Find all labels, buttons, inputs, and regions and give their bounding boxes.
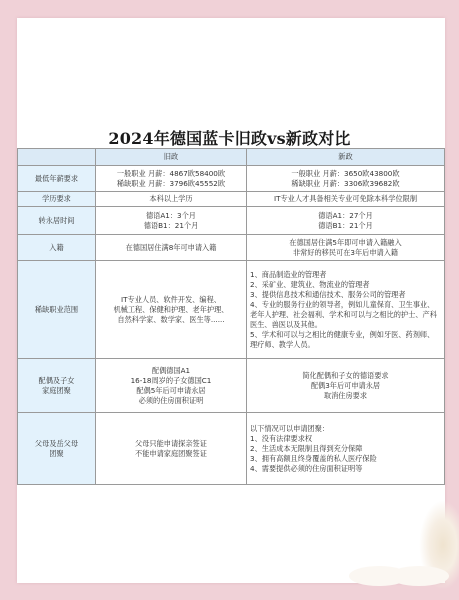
cell-line: 以下情况可以申请团聚： (250, 424, 441, 434)
row-label: 入籍 (18, 235, 96, 261)
label-line: 团聚 (21, 449, 92, 459)
table-row-salary: 最低年薪要求 一般职业 月薪：4867欧58400欧 稀缺职业 月薪：3796欧… (18, 166, 445, 192)
label-line: 配偶及子女 (21, 376, 92, 386)
label-line: 家庭团聚 (21, 386, 92, 396)
old-cell: 父母只能申请探亲签证 不能申请家庭团聚签证 (96, 413, 247, 485)
table-row-permanent-residence: 转永居时间 德语A1：3个月 德语B1：21个月 德语A1：27个月 德语B1：… (18, 207, 445, 235)
cell-line: 父母只能申请探亲签证 (99, 439, 243, 449)
cell-line: 取消住房要求 (250, 391, 441, 401)
table-row-parents: 父母及岳父母 团聚 父母只能申请探亲签证 不能申请家庭团聚签证 以下情况可以申请… (18, 413, 445, 485)
cell-line: 非常好的移民可在3年后申请入籍 (250, 248, 441, 258)
old-cell: 德语A1：3个月 德语B1：21个月 (96, 207, 247, 235)
table-row-spouse-children: 配偶及子女 家庭团聚 配偶德国A1 16-18周岁的子女德国C1 配偶5年后可申… (18, 359, 445, 413)
row-label: 最低年薪要求 (18, 166, 96, 192)
row-label: 稀缺职业范围 (18, 261, 96, 359)
table-row-education: 学历要求 本科以上学历 IT专业人才具备相关专业可免除本科学位限制 (18, 192, 445, 207)
cell-line: 3、提供信息技术和通信技术、服务公司的管理者 (250, 290, 441, 300)
cell-line: 5、学术和可以与之相比的健康专业，例如牙医、药剂师、理疗师、教学人员。 (250, 330, 441, 350)
cell-line: 德语B1：21个月 (99, 221, 243, 231)
new-cell: 以下情况可以申请团聚： 1、没有法律要求权 2、生活成本无限制且得到充分保障 3… (247, 413, 445, 485)
cell-line: 16-18周岁的子女德国C1 (99, 376, 243, 386)
new-cell: 1、商品制造业的管理者 2、采矿业、建筑业、物流业的管理者 3、提供信息技术和通… (247, 261, 445, 359)
cell-line: 机械工程、保健和护理、老年护理、 (99, 305, 243, 315)
old-cell: 配偶德国A1 16-18周岁的子女德国C1 配偶5年后可申请永居 必须的住房面积… (96, 359, 247, 413)
decorative-petal-icon (389, 566, 449, 586)
cell-line: 1、商品制造业的管理者 (250, 270, 441, 280)
row-label: 配偶及子女 家庭团聚 (18, 359, 96, 413)
header-old-policy: 旧政 (96, 149, 247, 166)
cell-line: 4、需要提供必须的住房面积证明等 (250, 464, 441, 474)
row-label: 转永居时间 (18, 207, 96, 235)
header-new-policy: 新政 (247, 149, 445, 166)
cell-line: 德语B1：21个月 (250, 221, 441, 231)
label-line: 父母及岳父母 (21, 439, 92, 449)
new-cell: 在德国居住满5年即可申请入籍融入 非常好的移民可在3年后申请入籍 (247, 235, 445, 261)
new-cell: 简化配偶和子女的德语要求 配偶3年后可申请永居 取消住房要求 (247, 359, 445, 413)
cell-line: 2、采矿业、建筑业、物流业的管理者 (250, 280, 441, 290)
table-row-shortage-occupations: 稀缺职业范围 IT专业人员、软件开发、编程、 机械工程、保健和护理、老年护理、 … (18, 261, 445, 359)
table-row-naturalization: 入籍 在德国居住满8年可申请入籍 在德国居住满5年即可申请入籍融入 非常好的移民… (18, 235, 445, 261)
comparison-table: 旧政 新政 最低年薪要求 一般职业 月薪：4867欧58400欧 稀缺职业 月薪… (17, 148, 445, 485)
cell-line: 配偶德国A1 (99, 366, 243, 376)
cell-line: 必须的住房面积证明 (99, 396, 243, 406)
cell-line: 在德国居住满5年即可申请入籍融入 (250, 238, 441, 248)
old-cell: 本科以上学历 (96, 192, 247, 207)
cell-line: 配偶3年后可申请永居 (250, 381, 441, 391)
cell-line: 简化配偶和子女的德语要求 (250, 371, 441, 381)
old-cell: 一般职业 月薪：4867欧58400欧 稀缺职业 月薪：3796欧45552欧 (96, 166, 247, 192)
cell-line: IT专业人员、软件开发、编程、 (99, 295, 243, 305)
row-label: 学历要求 (18, 192, 96, 207)
row-label: 父母及岳父母 团聚 (18, 413, 96, 485)
cell-line: 一般职业 月薪：4867欧58400欧 (99, 169, 243, 179)
cell-line: 4、专业的服务行业的领导者，例如儿童保育、卫生事业、老年人护理、社会福利、学术和… (250, 300, 441, 330)
cell-line: 自然科学家、数学家、医生等...... (99, 315, 243, 325)
cell-line: 稀缺职业 月薪：3796欧45552欧 (99, 179, 243, 189)
cell-line: 不能申请家庭团聚签证 (99, 449, 243, 459)
cell-line: 配偶5年后可申请永居 (99, 386, 243, 396)
old-cell: 在德国居住满8年可申请入籍 (96, 235, 247, 261)
cell-line: 2、生活成本无限制且得到充分保障 (250, 444, 441, 454)
table-header-row: 旧政 新政 (18, 149, 445, 166)
new-cell: IT专业人才具备相关专业可免除本科学位限制 (247, 192, 445, 207)
cell-line: 3、拥有高额且终身覆盖的私人医疗保险 (250, 454, 441, 464)
cell-line: 稀缺职业 月薪：3306欧39682欧 (250, 179, 441, 189)
old-cell: IT专业人员、软件开发、编程、 机械工程、保健和护理、老年护理、 自然科学家、数… (96, 261, 247, 359)
new-cell: 德语A1：27个月 德语B1：21个月 (247, 207, 445, 235)
cell-line: 德语A1：3个月 (99, 211, 243, 221)
cell-line: 德语A1：27个月 (250, 211, 441, 221)
cell-line: 1、没有法律要求权 (250, 434, 441, 444)
new-cell: 一般职业 月薪：3650欧43800欧 稀缺职业 月薪：3306欧39682欧 (247, 166, 445, 192)
cell-line: 一般职业 月薪：3650欧43800欧 (250, 169, 441, 179)
page-title: 2024年德国蓝卡旧政vs新政对比 (0, 126, 459, 149)
header-blank (18, 149, 96, 166)
